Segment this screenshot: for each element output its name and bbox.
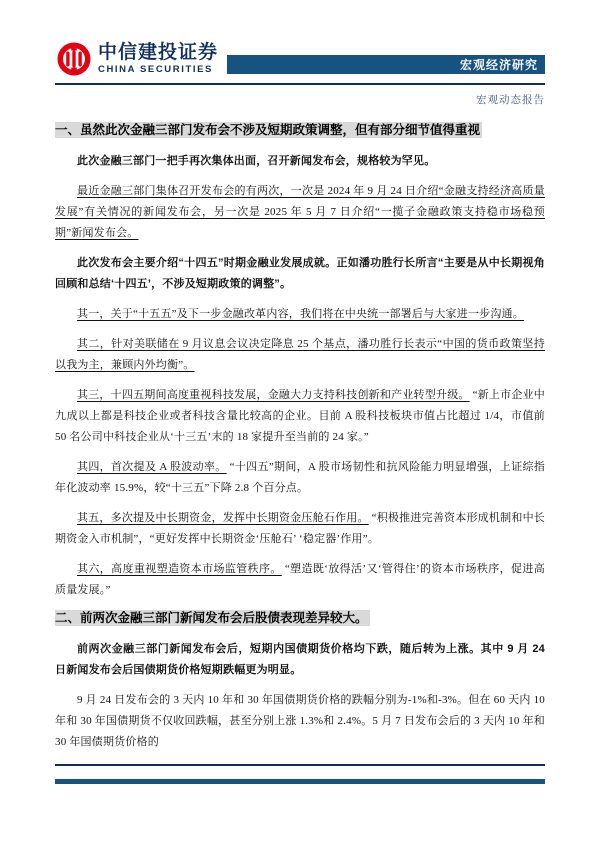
paragraph: 此次金融三部门一把手再次集体出面，召开新闻发布会，规格较为罕见。 — [55, 151, 545, 172]
section-heading-text: 二、前两次金融三部门新闻发布会后股债表现差异较大。 — [55, 610, 370, 626]
paragraph-lead: 其一，关于“十五五”及下一步金融改革内容，我们将在中央统一部署后与大家进一步沟通… — [77, 308, 524, 320]
footer-divider-thick — [55, 779, 545, 784]
paragraph-lead: 其四，首次提及 A 股波动率。 — [77, 461, 227, 473]
section-heading: 一、虽然此次金融三部门发布会不涉及短期政策调整，但有部分细节值得重视 — [55, 122, 545, 139]
paragraph-lead: 其二，针对美联储在 9 月议息会议决定降息 25 个基点，潘功胜行长表示“中国的… — [55, 338, 545, 371]
document-body: 一、虽然此次金融三部门发布会不涉及短期政策调整，但有部分细节值得重视此次金融三部… — [55, 118, 545, 762]
paragraph: 其一，关于“十五五”及下一步金融改革内容，我们将在中央统一部署后与大家进一步沟通… — [55, 304, 545, 325]
paragraph: 其六，高度重视塑造资本市场监管秩序。 “塑造既‘放得活’又‘管得住’的资本市场秩… — [55, 559, 545, 601]
paragraph: 前两次金融三部门新闻发布会后，短期内国债期货价格均下跌，随后转为上涨。其中 9 … — [55, 639, 545, 681]
section-heading: 二、前两次金融三部门新闻发布会后股债表现差异较大。 — [55, 610, 545, 627]
company-name-en: CHINA SECURITIES — [98, 65, 218, 75]
citic-coin-icon — [57, 42, 91, 76]
report-page: 中信建投证券 CHINA SECURITIES 宏观经济研究 宏观动态报告 一、… — [0, 0, 595, 842]
header-divider — [55, 83, 545, 85]
paragraph: 其五，多次提及中长期资金，发挥中长期资金压舱石作用。 “积极推进完善资本形成机制… — [55, 508, 545, 550]
report-category-label: 宏观经济研究 — [460, 56, 538, 73]
report-category-band: 宏观经济研究 — [227, 55, 545, 74]
paragraph-lead: 其三，十四五期间高度重视科技发展，金融大力支持科技创新和产业转型升级。 — [77, 389, 470, 401]
report-type-label: 宏观动态报告 — [476, 92, 545, 107]
paragraph: 最近金融三部门集体召开发布会的有两次，一次是 2024 年 9 月 24 日介绍… — [55, 181, 545, 244]
paragraph-lead: 其五，多次提及中长期资金，发挥中长期资金压舱石作用。 — [77, 512, 369, 524]
paragraph: 其四，首次提及 A 股波动率。 “十四五”期间，A 股市场韧性和抗风险能力明显增… — [55, 457, 545, 499]
footer-divider-thin — [55, 764, 545, 766]
paragraph: 此次发布会主要介绍“十四五”时期金融业发展成就。正如潘功胜行长所言“主要是从中长… — [55, 253, 545, 295]
paragraph-lead: 其六，高度重视塑造资本市场监管秩序。 — [77, 563, 282, 575]
paragraph: 9 月 24 日发布会的 3 天内 10 年和 30 年国债期货价格的跌幅分别为… — [55, 690, 545, 753]
paragraph: 其二，针对美联储在 9 月议息会议决定降息 25 个基点，潘功胜行长表示“中国的… — [55, 334, 545, 376]
paragraph: 其三，十四五期间高度重视科技发展，金融大力支持科技创新和产业转型升级。 “新上市… — [55, 385, 545, 448]
company-name-cn: 中信建投证券 — [98, 43, 218, 62]
company-logo: 中信建投证券 CHINA SECURITIES — [57, 42, 218, 76]
section-heading-text: 一、虽然此次金融三部门发布会不涉及短期政策调整，但有部分细节值得重视 — [55, 122, 482, 138]
